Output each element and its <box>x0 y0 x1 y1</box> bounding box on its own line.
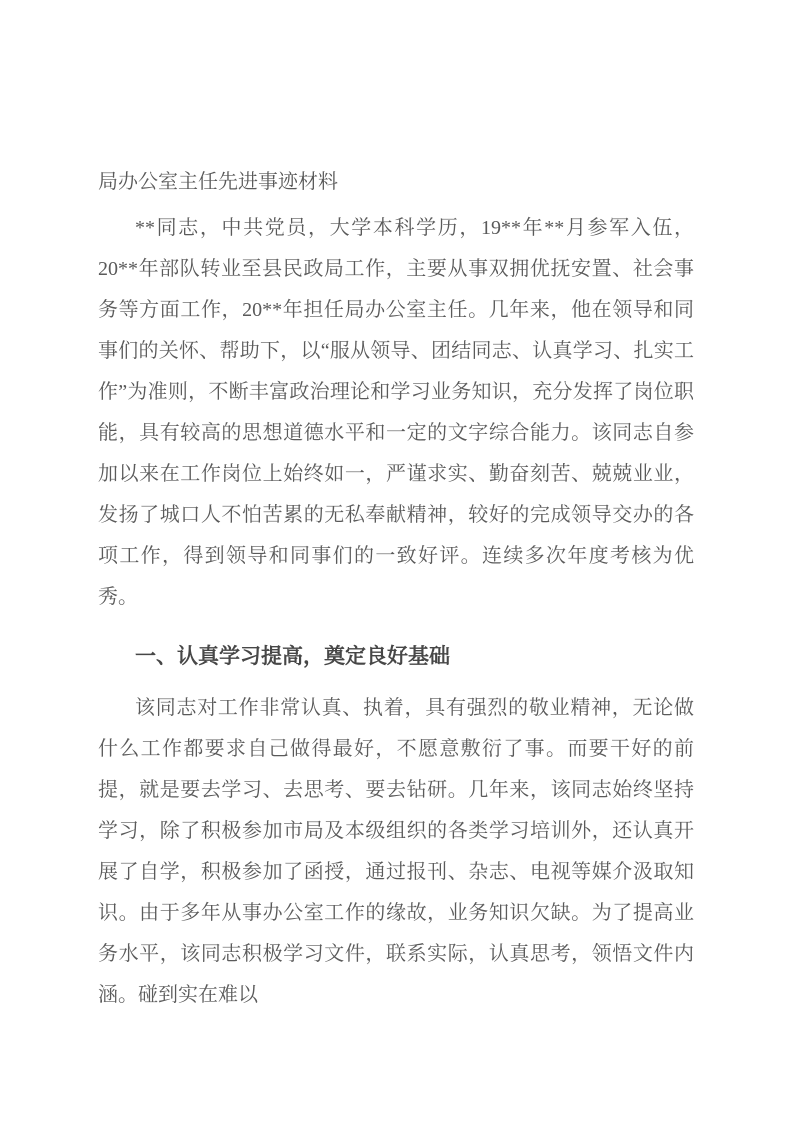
document-page: 局办公室主任先进事迹材料 **同志，中共党员，大学本科学历，19**年**月参军… <box>0 0 793 1122</box>
section-body-paragraph: 该同志对工作非常认真、执着，具有强烈的敬业精神，无论做什么工作都要求自己做得最好… <box>98 688 694 1016</box>
section-heading: 一、认真学习提高，奠定良好基础 <box>98 636 694 677</box>
intro-paragraph: **同志，中共党员，大学本科学历，19**年**月参军入伍，20**年部队转业至… <box>98 208 694 618</box>
document-title: 局办公室主任先进事迹材料 <box>98 162 694 203</box>
